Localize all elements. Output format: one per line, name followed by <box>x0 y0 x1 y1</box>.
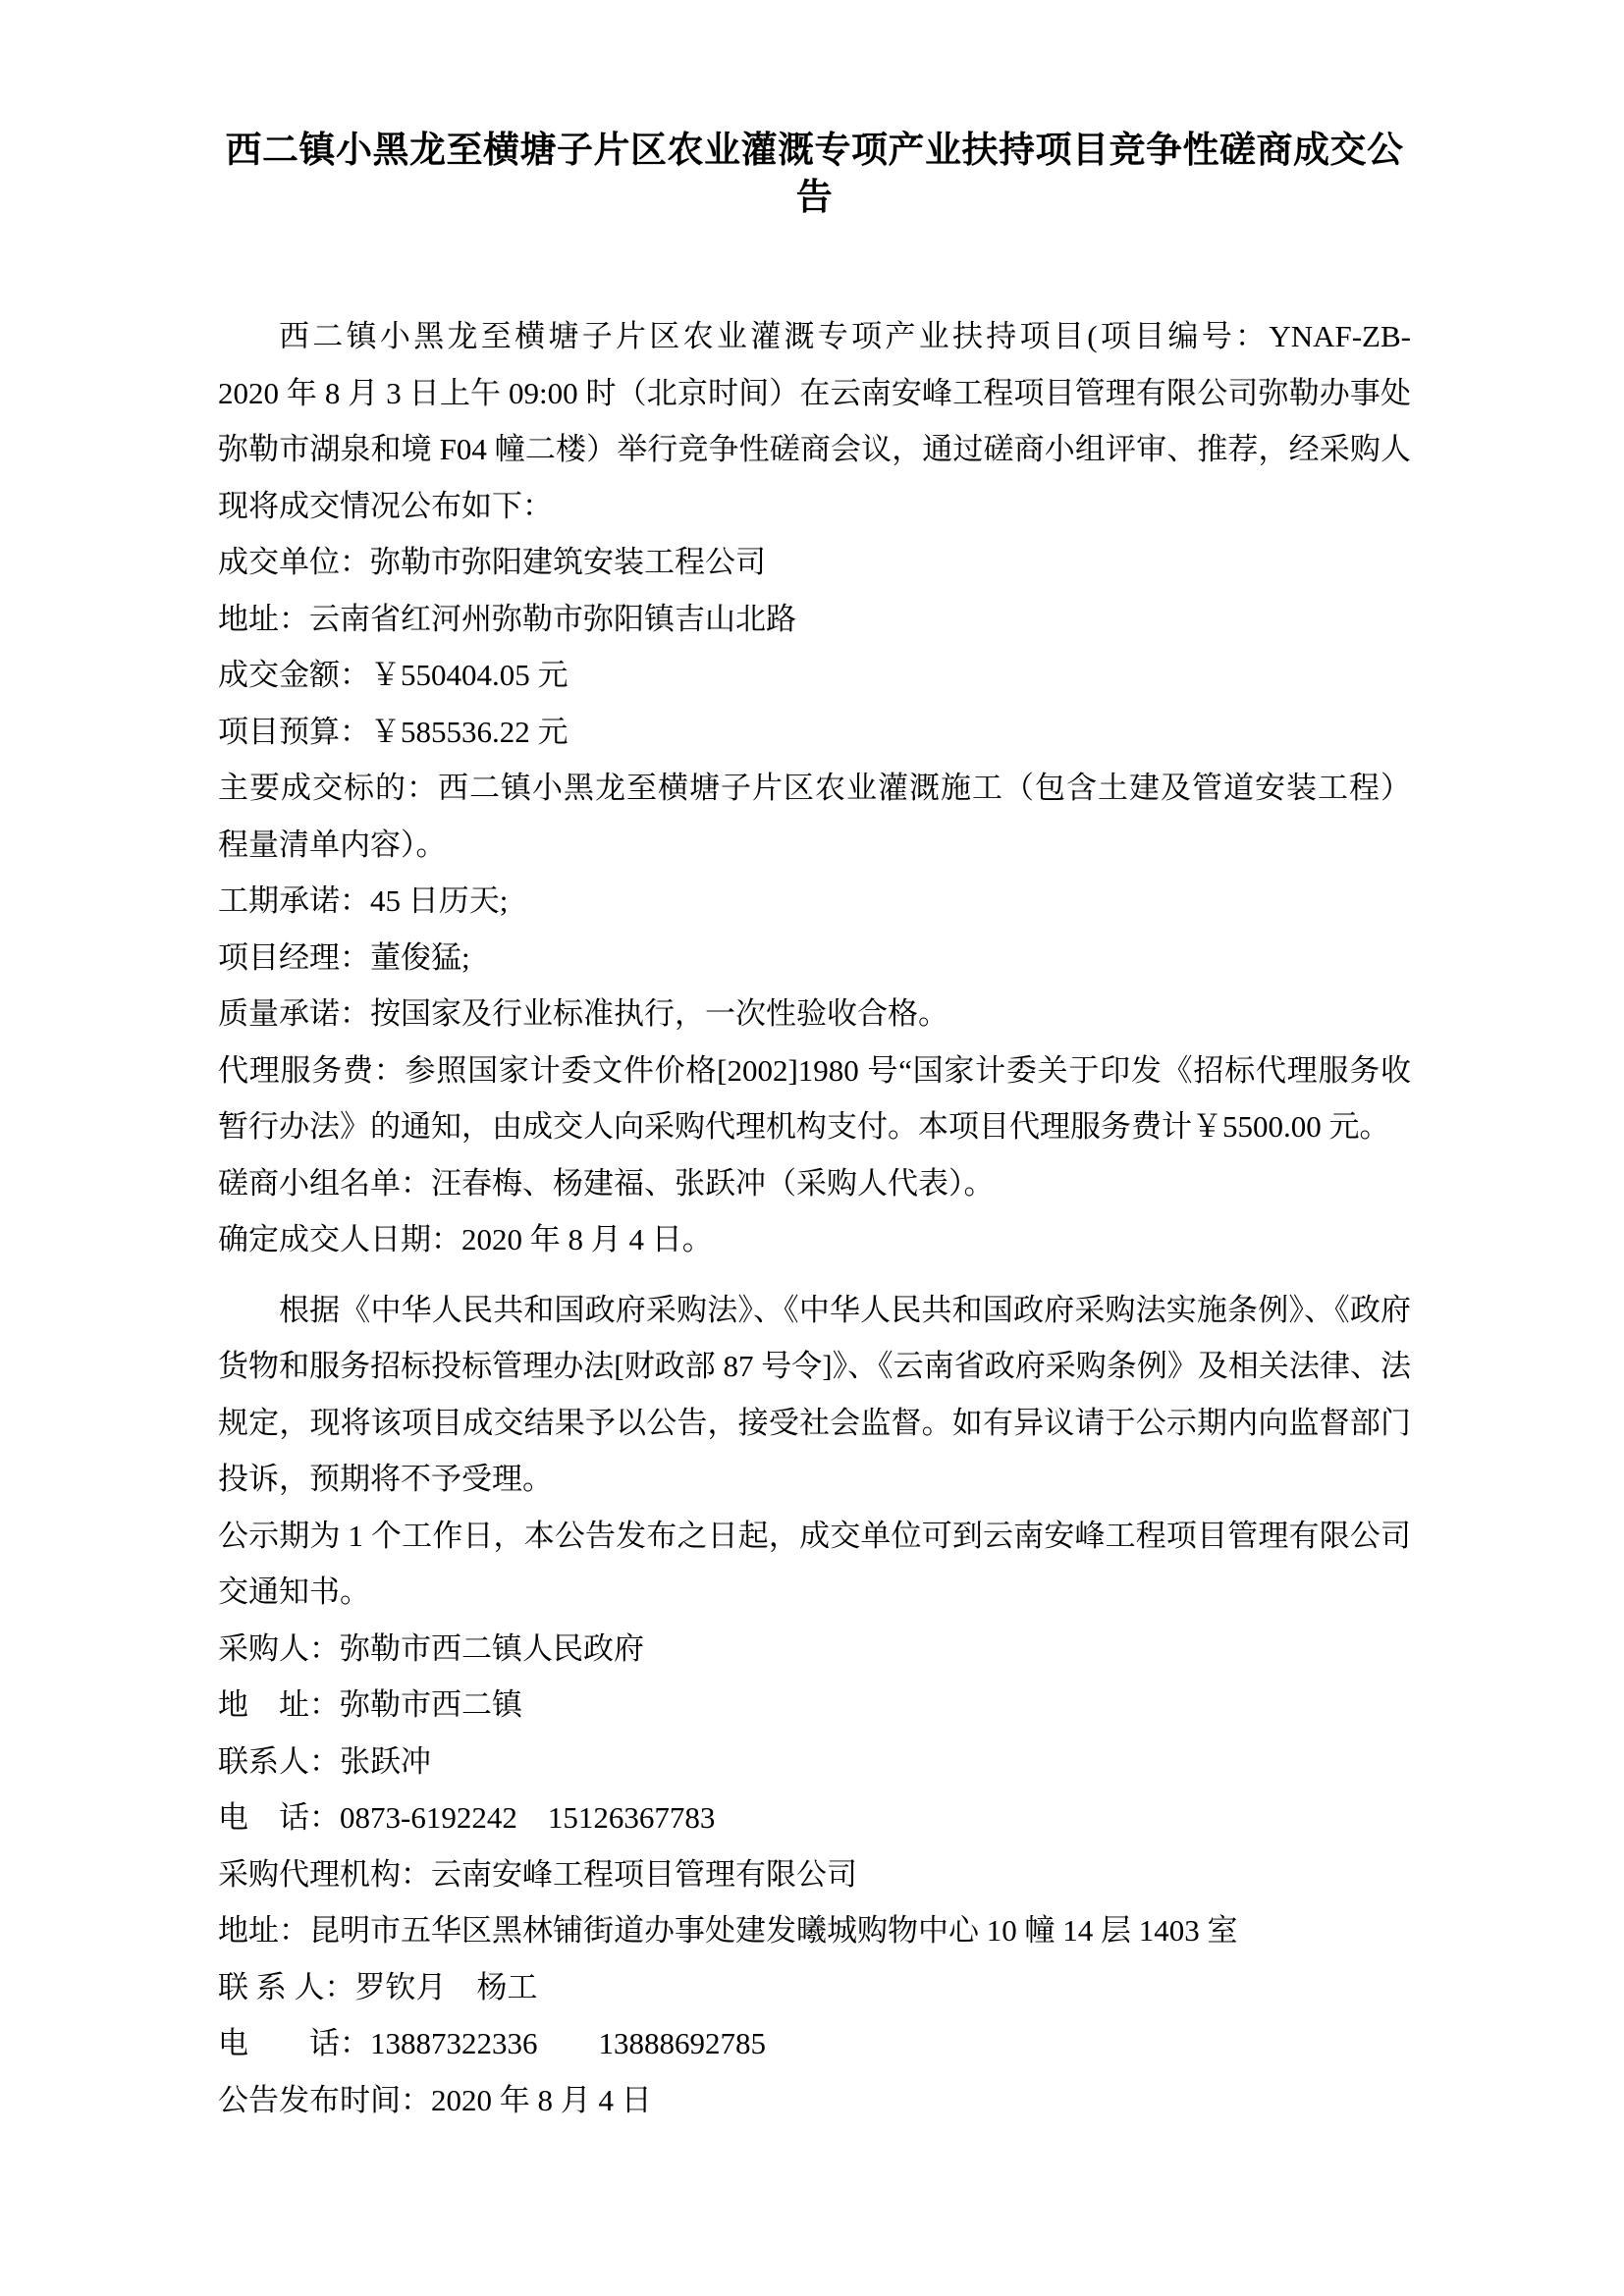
document-line: 地址：云南省红河州弥勒市弥阳镇吉山北路 <box>218 591 1411 648</box>
document-line: 成交金额：￥550404.05 元 <box>218 647 1411 704</box>
document-line: 工期承诺：45 日历天; <box>218 873 1411 930</box>
document-line: 主要成交标的：西二镇小黑龙至横塘子片区农业灌溉施工（包含土建及管道安装工程）（详… <box>218 760 1411 817</box>
document-line: 公告发布时间：2020 年 8 月 4 日 <box>218 2072 1411 2129</box>
document-line: 现将成交情况公布如下： <box>218 478 1411 535</box>
document-page: 西二镇小黑龙至横塘子片区农业灌溉专项产业扶持项目竞争性磋商成交公告 西二镇小黑龙… <box>0 0 1624 2296</box>
document-line: 暂行办法》的通知，由成交人向采购代理机构支付。本项目代理服务费计￥5500.00… <box>218 1098 1411 1155</box>
document-line: 根据《中华人民共和国政府采购法》、《中华人民共和国政府采购法实施条例》、《政府采… <box>218 1282 1411 1339</box>
document-line: 交通知书。 <box>218 1564 1411 1621</box>
document-line: 代理服务费：参照国家计委文件价格[2002]1980 号“国家计委关于印发《招标… <box>218 1042 1411 1099</box>
document-line: 采购代理机构：云南安峰工程项目管理有限公司 <box>218 1846 1411 1903</box>
document-line: 公示期为 1 个工作日，本公告发布之日起，成交单位可到云南安峰工程项目管理有限公… <box>218 1508 1411 1565</box>
document-line: 磋商小组名单：汪春梅、杨建福、张跃冲（采购人代表）。 <box>218 1155 1411 1212</box>
document-line: 联 系 人：罗钦月 杨工 <box>218 1959 1411 2016</box>
document-title: 西二镇小黑龙至横塘子片区农业灌溉专项产业扶持项目竞争性磋商成交公告 <box>218 128 1411 222</box>
document-line: 采购人：弥勒市西二镇人民政府 <box>218 1621 1411 1678</box>
document-body: 西二镇小黑龙至横塘子片区农业灌溉专项产业扶持项目(项目编号：YNAF-ZB-20… <box>218 308 1411 2128</box>
document-line: 弥勒市湖泉和境 F04 幢二楼）举行竞争性磋商会议，通过磋商小组评审、推荐，经采… <box>218 421 1411 478</box>
document-line: 质量承诺：按国家及行业标准执行，一次性验收合格。 <box>218 986 1411 1042</box>
document-line: 电 话：0873-6192242 15126367783 <box>218 1789 1411 1846</box>
document-line: 规定，现将该项目成交结果予以公告，接受社会监督。如有异议请于公示期内向监督部门实… <box>218 1395 1411 1452</box>
document-line: 投诉，预期将不予受理。 <box>218 1451 1411 1508</box>
document-line: 地 址：弥勒市西二镇 <box>218 1677 1411 1734</box>
document-line: 成交单位：弥勒市弥阳建筑安装工程公司 <box>218 534 1411 591</box>
document-line: 2020 年 8 月 3 日上午 09:00 时（北京时间）在云南安峰工程项目管… <box>218 365 1411 422</box>
document-line: 项目预算：￥585536.22 元 <box>218 704 1411 761</box>
document-line: 货物和服务招标投标管理办法[财政部 87 号令]》、《云南省政府采购条例》及相关… <box>218 1338 1411 1395</box>
document-line: 电 话：13887322336 13888692785 <box>218 2015 1411 2072</box>
document-line: 地址：昆明市五华区黑林铺街道办事处建发曦城购物中心 10 幢 14 层 1403… <box>218 1902 1411 1959</box>
document-line: 确定成交人日期：2020 年 8 月 4 日。 <box>218 1211 1411 1268</box>
document-line: 联系人：张跃冲 <box>218 1734 1411 1790</box>
document-line: 西二镇小黑龙至横塘子片区农业灌溉专项产业扶持项目(项目编号：YNAF-ZB-20… <box>218 308 1411 365</box>
document-line: 项目经理：董俊猛; <box>218 930 1411 987</box>
document-line: 程量清单内容）。 <box>218 817 1411 874</box>
